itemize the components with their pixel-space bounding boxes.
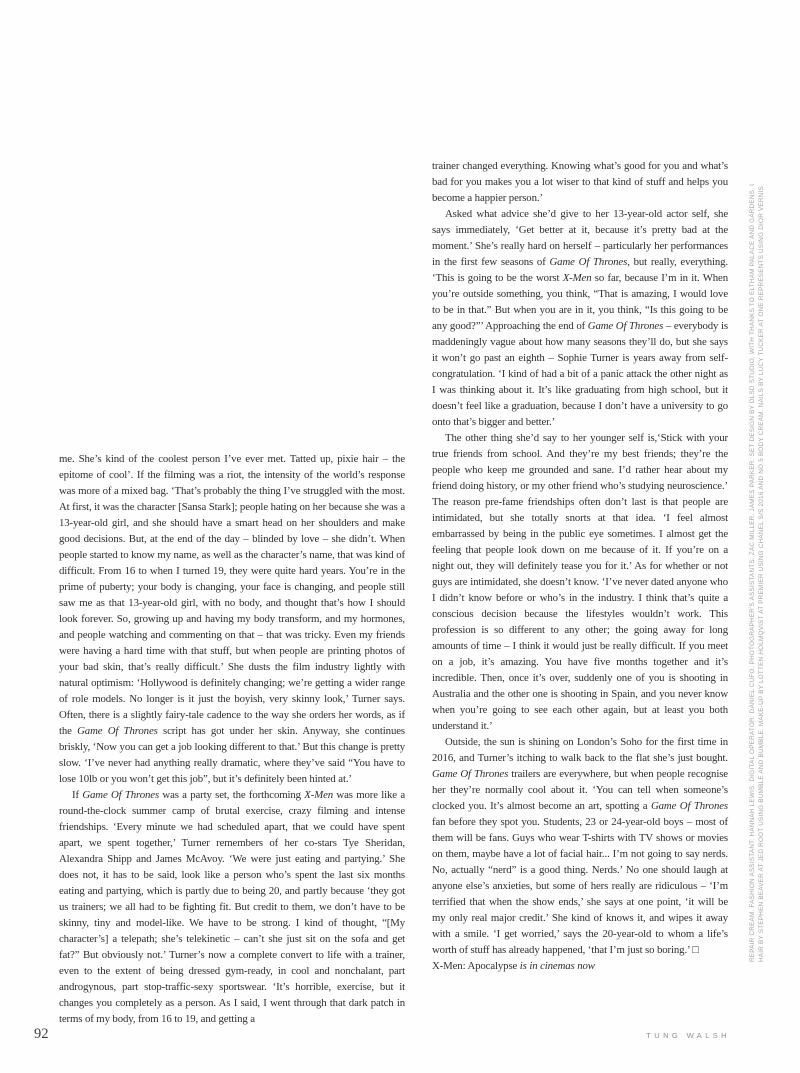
page-number: 92 bbox=[34, 1026, 49, 1043]
credits-line-1: HAIR BY STEPHEN BEAVER AT JED ROOT USING… bbox=[758, 184, 767, 962]
article-left-column: me. She’s kind of the coolest person I’v… bbox=[59, 451, 405, 1027]
article-paragraph: If Game Of Thrones was a party set, the … bbox=[59, 787, 405, 1027]
article-right-column: trainer changed everything. Knowing what… bbox=[432, 158, 728, 974]
magazine-page: me. She’s kind of the coolest person I’v… bbox=[0, 0, 800, 1073]
article-end-note: X-Men: Apocalypse is in cinemas now bbox=[432, 958, 728, 974]
credits-line-2: REPAIR CREAM. FASHION ASSISTANT: HANNAH … bbox=[749, 184, 758, 962]
vertical-credits: REPAIR CREAM. FASHION ASSISTANT: HANNAH … bbox=[749, 184, 766, 962]
article-paragraph: Asked what advice she’d give to her 13-y… bbox=[432, 206, 728, 430]
article-paragraph: The other thing she’d say to her younger… bbox=[432, 430, 728, 734]
photographer-credit: TUNG WALSH bbox=[432, 1031, 730, 1040]
article-paragraph: me. She’s kind of the coolest person I’v… bbox=[59, 451, 405, 787]
article-paragraph: trainer changed everything. Knowing what… bbox=[432, 158, 728, 206]
article-paragraph: Outside, the sun is shining on London’s … bbox=[432, 734, 728, 958]
